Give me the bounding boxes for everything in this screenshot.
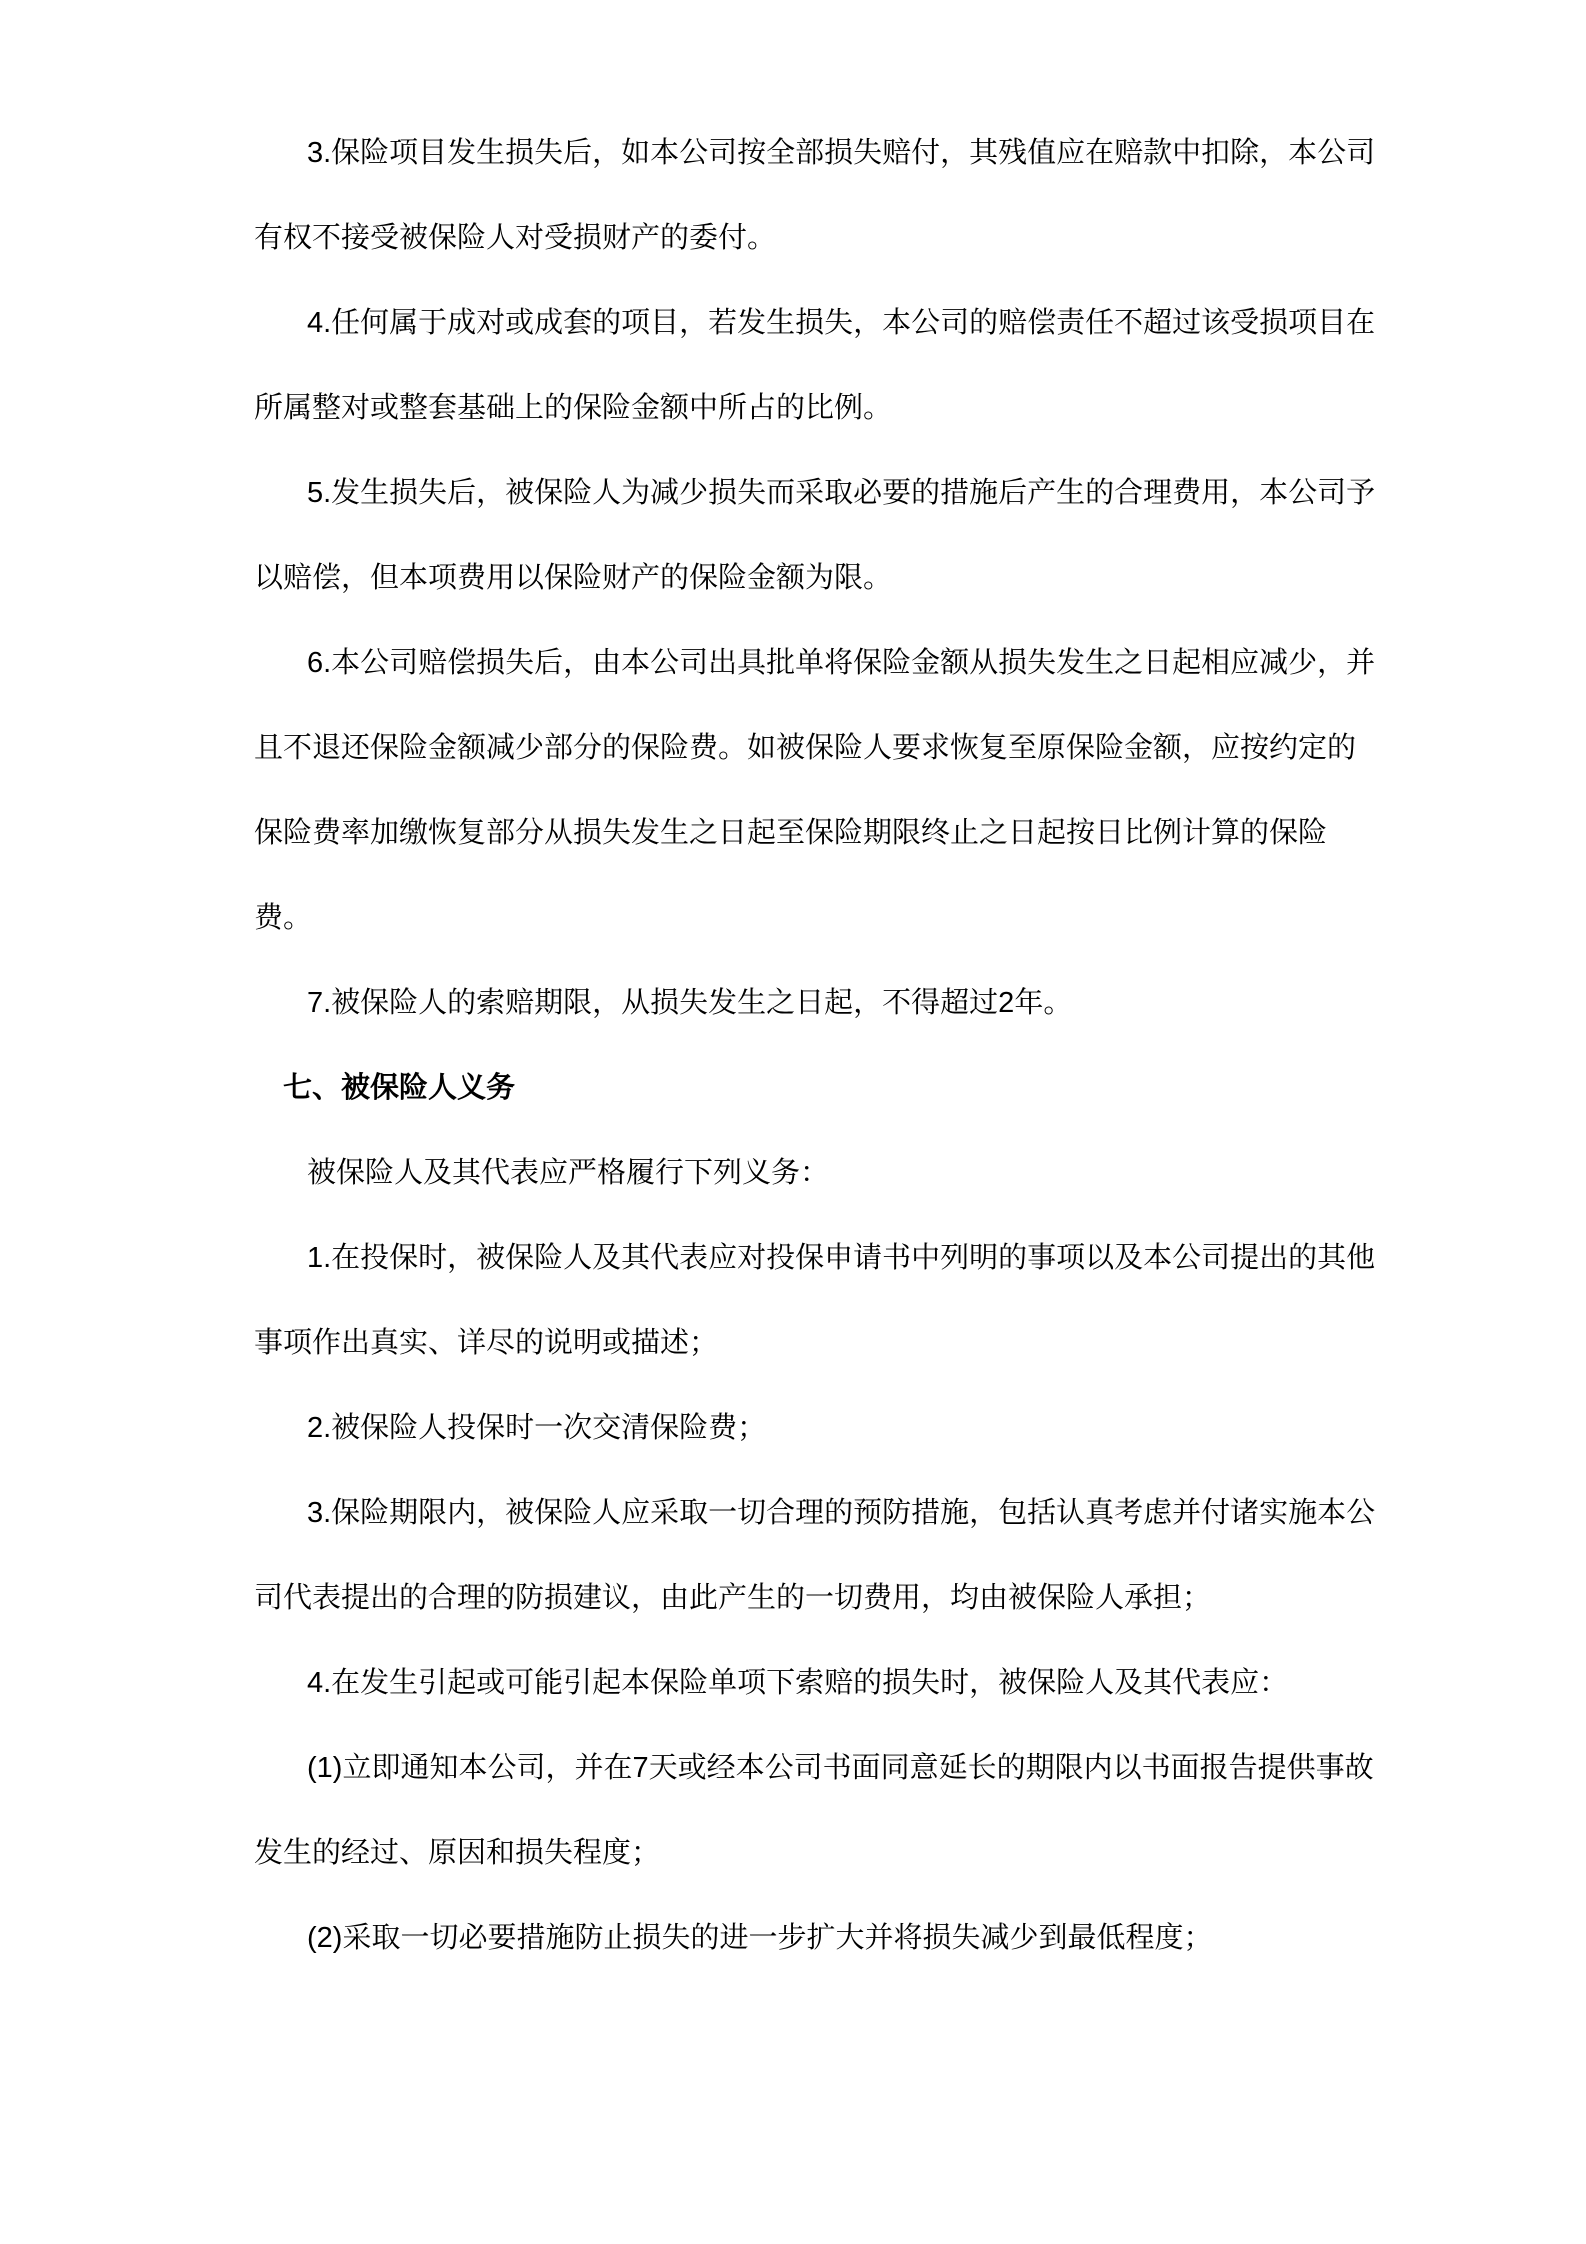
clause-3-line-2: 有权不接受被保险人对受损财产的委付。 xyxy=(254,196,1586,281)
document-body: 3.保险项目发生损失后，如本公司按全部损失赔付，其残值应在赔款中扣除，本公司 有… xyxy=(0,111,1586,1981)
obligation-4-item-1-line-2: 发生的经过、原因和损失程度； xyxy=(254,1811,1586,1896)
obligation-2-line-1: 2.被保险人投保时一次交清保险费； xyxy=(307,1386,1586,1471)
obligation-3-line-2: 司代表提出的合理的防损建议，由此产生的一切费用，均由被保险人承担； xyxy=(254,1556,1586,1641)
clause-6-line-4: 费。 xyxy=(254,876,1586,961)
obligation-4-item-2-line-1: (2)采取一切必要措施防止损失的进一步扩大并将损失减少到最低程度； xyxy=(307,1896,1586,1981)
obligation-3-line-1: 3.保险期限内，被保险人应采取一切合理的预防措施，包括认真考虑并付诸实施本公 xyxy=(307,1471,1586,1556)
obligations-intro-line: 被保险人及其代表应严格履行下列义务： xyxy=(307,1131,1586,1216)
section-heading: 七、被保险人义务 xyxy=(283,1046,1586,1131)
clause-4-line-1: 4.任何属于成对或成套的项目，若发生损失，本公司的赔偿责任不超过该受损项目在 xyxy=(307,281,1586,366)
clause-5-line-1: 5.发生损失后，被保险人为减少损失而采取必要的措施后产生的合理费用，本公司予 xyxy=(307,451,1586,536)
obligation-1-line-2: 事项作出真实、详尽的说明或描述； xyxy=(254,1301,1586,1386)
clause-7-line-1: 7.被保险人的索赔期限，从损失发生之日起，不得超过2年。 xyxy=(307,961,1586,1046)
clause-6-line-2: 且不退还保险金额减少部分的保险费。如被保险人要求恢复至原保险金额，应按约定的 xyxy=(254,706,1586,791)
clause-6-line-3: 保险费率加缴恢复部分从损失发生之日起至保险期限终止之日起按日比例计算的保险 xyxy=(254,791,1586,876)
obligation-4-item-1-line-1: (1)立即通知本公司，并在7天或经本公司书面同意延长的期限内以书面报告提供事故 xyxy=(307,1726,1586,1811)
clause-5-line-2: 以赔偿，但本项费用以保险财产的保险金额为限。 xyxy=(254,536,1586,621)
clause-6-line-1: 6.本公司赔偿损失后，由本公司出具批单将保险金额从损失发生之日起相应减少，并 xyxy=(307,621,1586,706)
clause-4-line-2: 所属整对或整套基础上的保险金额中所占的比例。 xyxy=(254,366,1586,451)
clause-3-line-1: 3.保险项目发生损失后，如本公司按全部损失赔付，其残值应在赔款中扣除，本公司 xyxy=(307,111,1586,196)
obligation-1-line-1: 1.在投保时，被保险人及其代表应对投保申请书中列明的事项以及本公司提出的其他 xyxy=(307,1216,1586,1301)
document-page: 3.保险项目发生损失后，如本公司按全部损失赔付，其残值应在赔款中扣除，本公司 有… xyxy=(0,0,1586,2244)
obligation-4-line-1: 4.在发生引起或可能引起本保险单项下索赔的损失时，被保险人及其代表应： xyxy=(307,1641,1586,1726)
